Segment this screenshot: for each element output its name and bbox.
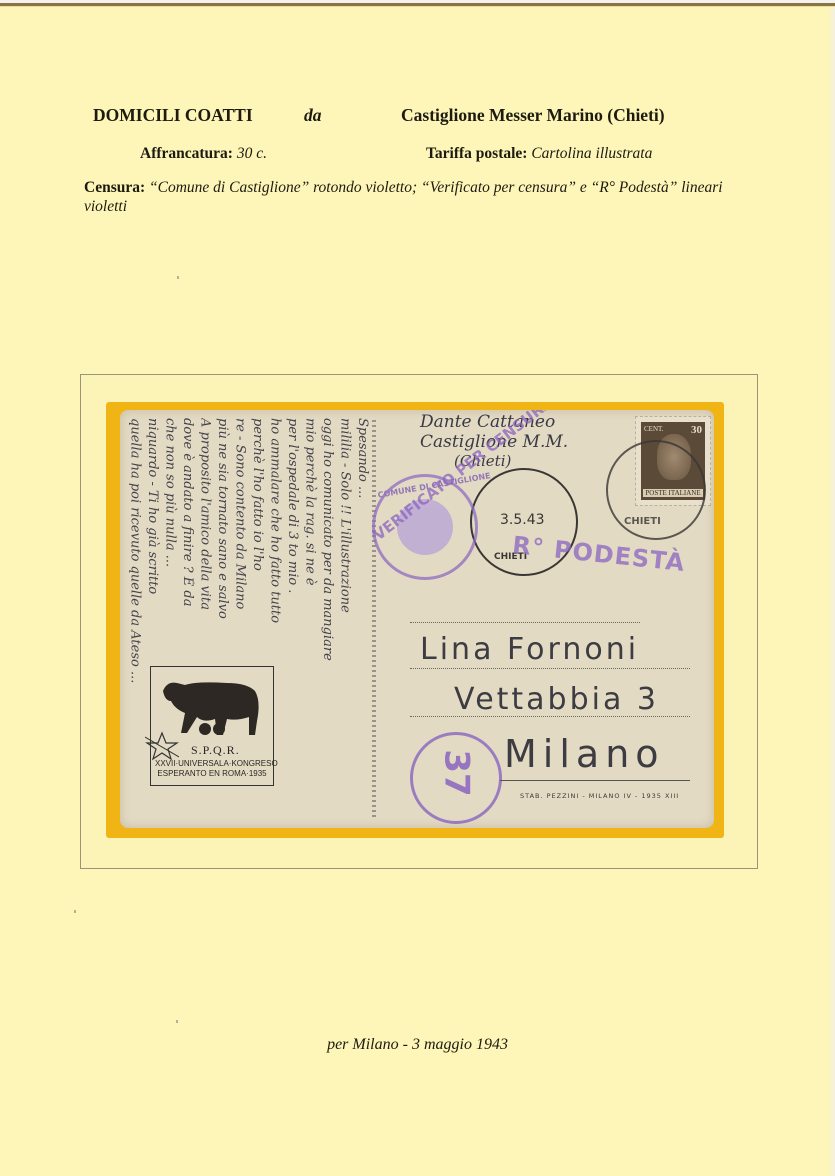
- card-divider: [372, 420, 376, 820]
- star-icon: [145, 731, 179, 761]
- message-line: mio perchè la rag. si ne è: [302, 418, 318, 818]
- paper-speck: [176, 1020, 178, 1023]
- message-line: per l'ospedale di 3 to mio .: [284, 418, 300, 818]
- affrancatura-value: 30 c.: [237, 145, 267, 162]
- message-line: oggi ho comunicato per da mangiare: [319, 418, 335, 818]
- message-line: Spesando ...: [354, 418, 370, 818]
- address-line: [410, 622, 640, 623]
- affrancatura-line: Affrancatura: 30 c.: [140, 145, 267, 163]
- censura-text: “Comune di Castiglione” rotondo violetto…: [84, 179, 723, 215]
- censor-number-stamp: 37: [410, 732, 502, 824]
- paper-speck: [177, 276, 179, 279]
- tariffa-value: Cartolina illustrata: [531, 145, 652, 162]
- header-title: DOMICILI COATTI: [93, 105, 253, 126]
- printer-imprint: STAB. PEZZINI - MILANO IV - 1935 XIII: [520, 792, 679, 800]
- header-origin: Castiglione Messer Marino (Chieti): [401, 105, 665, 126]
- message-line: mililia - Solo !! L'illustrazione: [337, 418, 353, 818]
- paper-speck: [74, 910, 76, 913]
- page-right-edge: [829, 7, 835, 1176]
- tariffa-line: Tariffa postale: Cartolina illustrata: [426, 145, 652, 163]
- page-top-edge: [0, 0, 835, 7]
- censura-label: Censura:: [84, 179, 145, 196]
- recipient-street: Vettabbia 3: [454, 682, 659, 717]
- illustration-motto: S.P.Q.R.: [191, 743, 240, 758]
- address-line: [410, 668, 690, 669]
- address-line: [500, 780, 690, 781]
- header-connector: da: [304, 105, 322, 126]
- postmark-stamp-cancel: CHIETI: [606, 440, 706, 540]
- censura-line: Censura: “Comune di Castiglione” rotondo…: [84, 178, 764, 216]
- illustration-capitoline-wolf: S.P.Q.R. XXVII·UNIVERSALA·KONGRESO ESPER…: [150, 666, 274, 786]
- illustration-congress-text: XXVII·UNIVERSALA·KONGRESO ESPERANTO EN R…: [155, 759, 269, 779]
- tariffa-label: Tariffa postale:: [426, 145, 527, 162]
- affrancatura-label: Affrancatura:: [140, 145, 233, 162]
- recipient-name: Lina Fornoni: [420, 632, 639, 667]
- recipient-city: Milano: [504, 732, 665, 776]
- postcard: Spesando ...mililia - Solo !! L'illustra…: [120, 410, 714, 828]
- message-line: quella ha poi ricevuto quelle da Ateso .…: [127, 418, 143, 818]
- caption: per Milano - 3 maggio 1943: [0, 1036, 835, 1054]
